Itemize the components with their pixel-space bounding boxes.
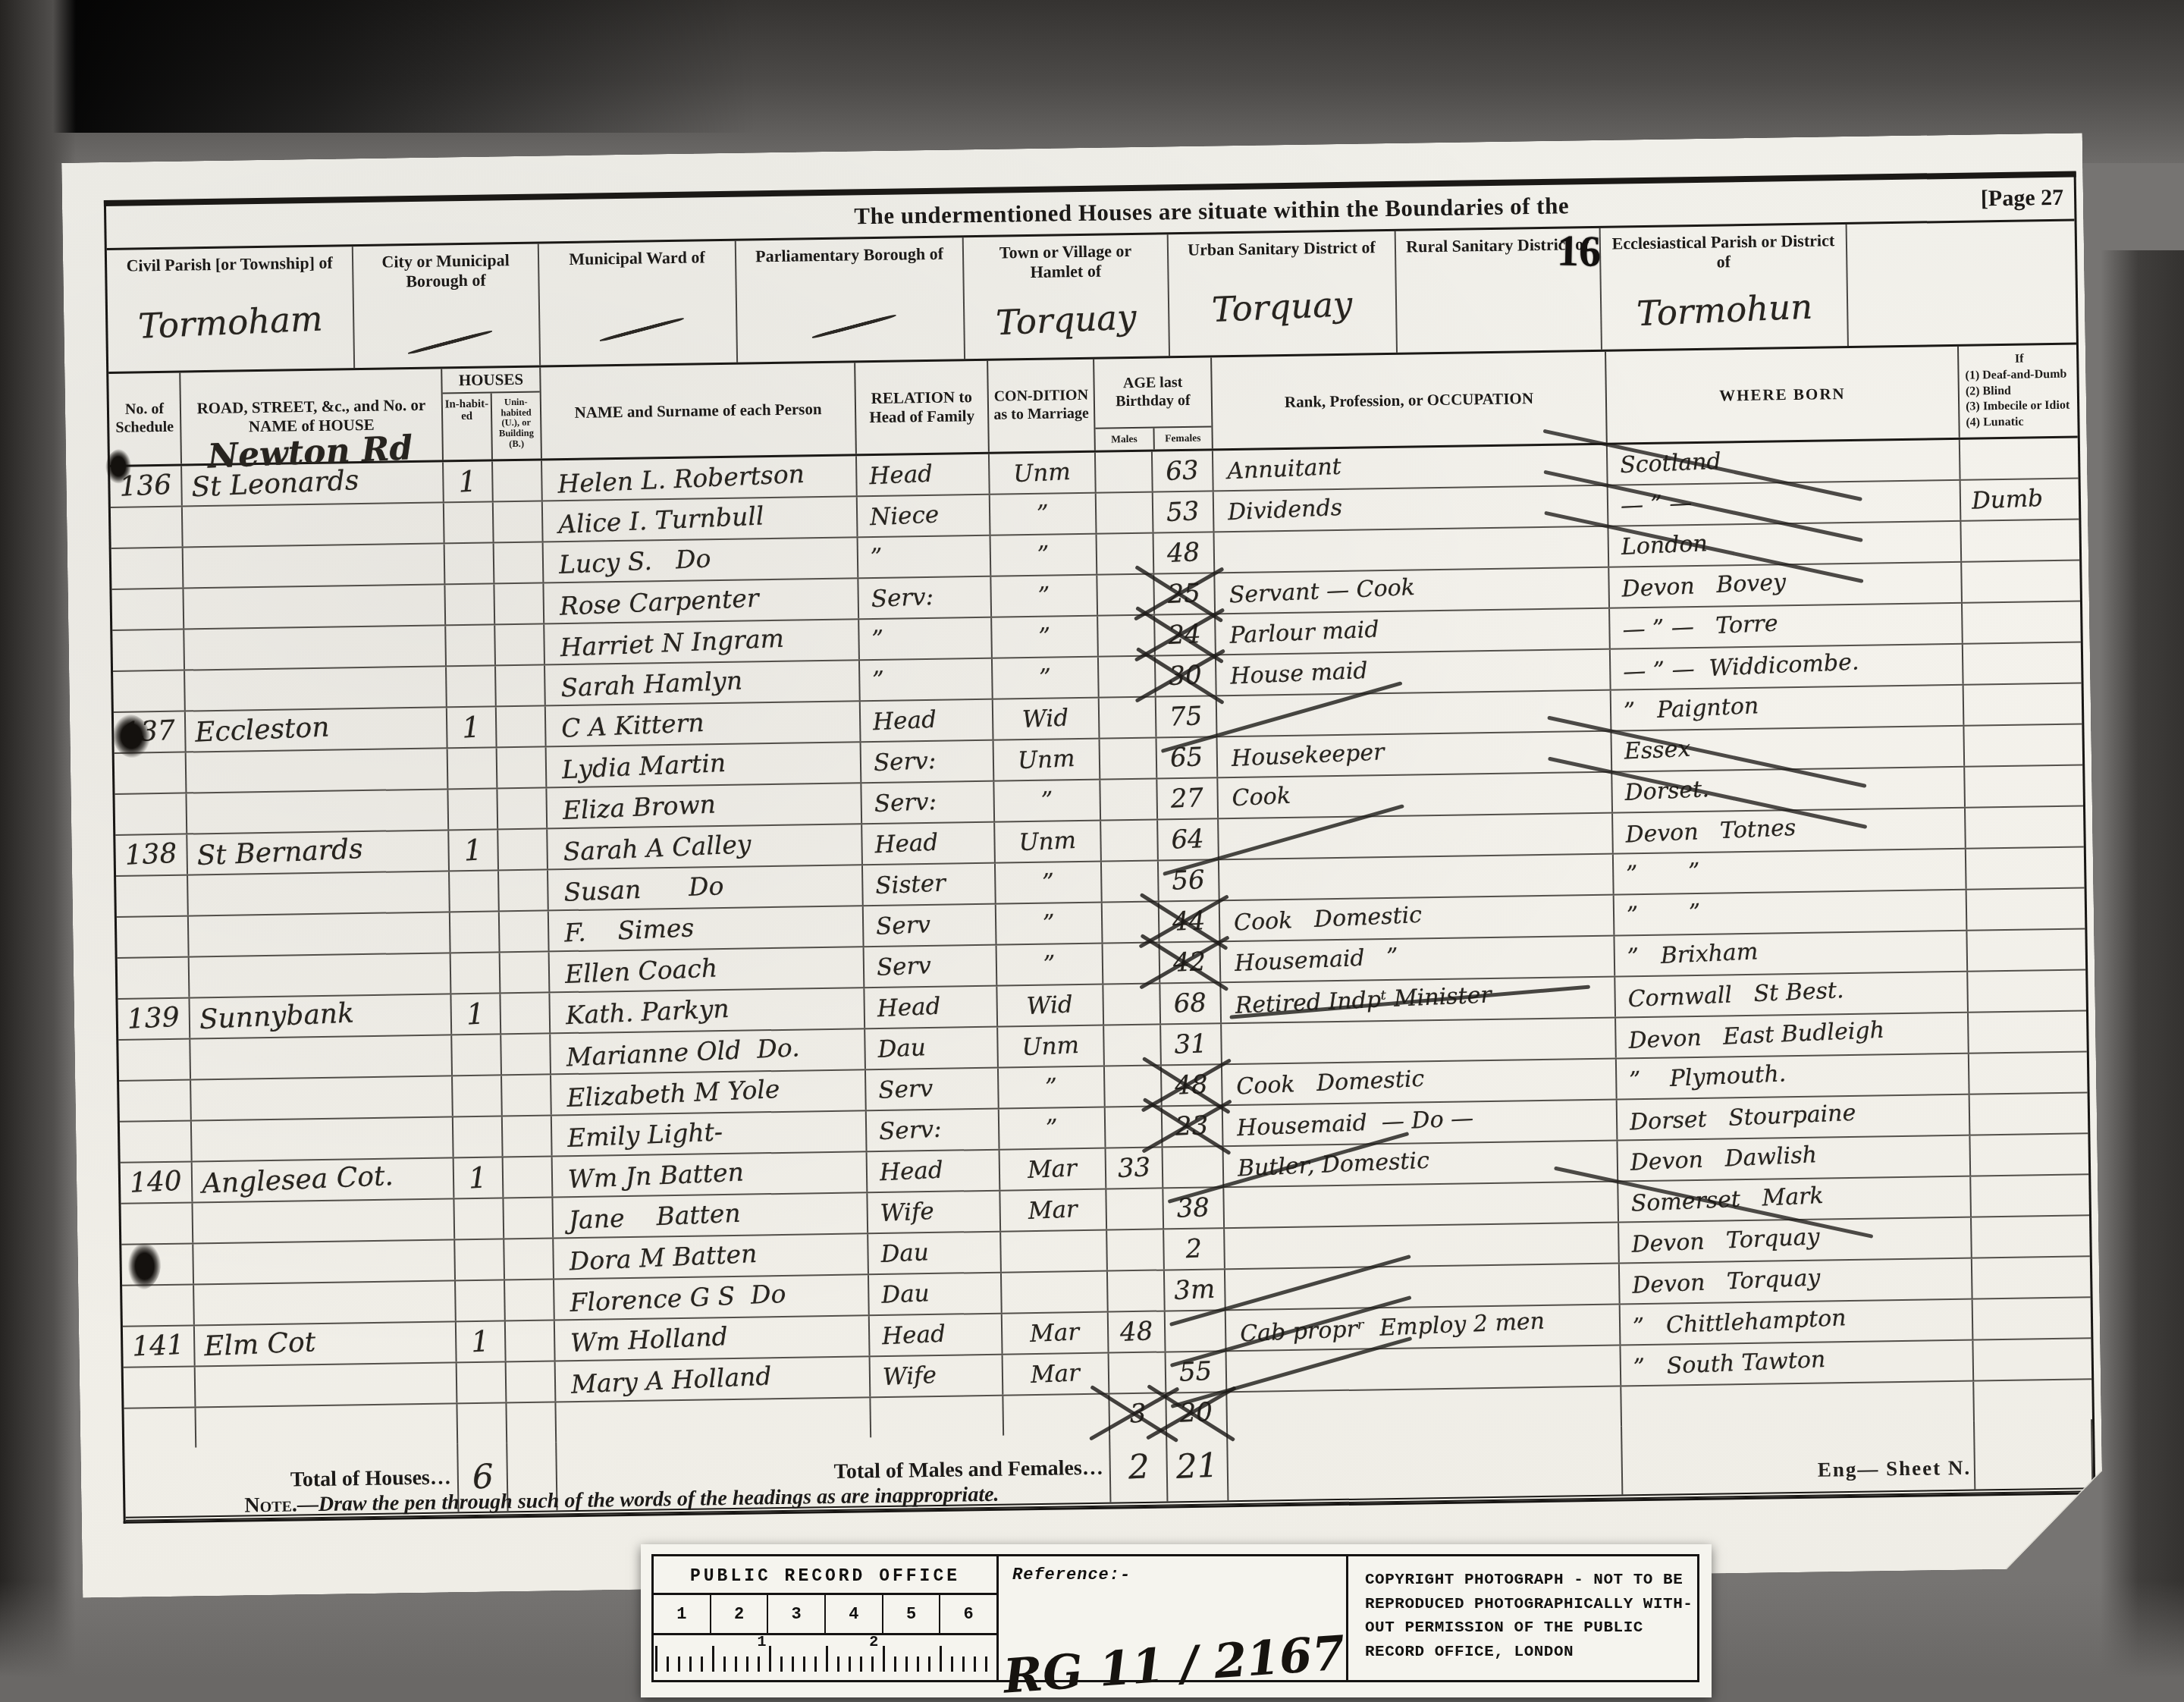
- cell-house: Eccleston: [186, 708, 448, 751]
- cell-inh: [454, 1198, 504, 1239]
- geo-column-8: [1847, 221, 2076, 346]
- cell-uninh: [507, 1361, 557, 1402]
- geo-handwriting: Torquay: [1212, 287, 1354, 327]
- handwriting-born: Scotland: [1620, 451, 1722, 478]
- handwriting-age_f: 64: [1171, 826, 1205, 853]
- cell-condition: ”: [999, 1108, 1106, 1149]
- handwriting-relation: Dau: [877, 1036, 927, 1062]
- handwriting-born: Cornwall St Best.: [1627, 979, 1844, 1011]
- header-houses-caption: HOUSES: [442, 368, 539, 394]
- cell-condition: Mar: [1000, 1149, 1107, 1190]
- cell-born: [1621, 1382, 1975, 1427]
- handwriting-born: ” ”: [1626, 902, 1701, 928]
- cell-name: Wm Holland: [555, 1316, 871, 1360]
- cell-born: ” South Tawton: [1621, 1341, 1974, 1386]
- handwriting-age_f: 31: [1174, 1031, 1208, 1058]
- cell-relation: Dau: [869, 1273, 1003, 1315]
- geo-value: Tormoham: [107, 273, 353, 372]
- handwriting-name: Sarah A Calley: [563, 831, 752, 865]
- handwriting-age_f: 20: [1179, 1399, 1213, 1427]
- geo-column-2: Municipal Ward of: [539, 241, 738, 366]
- handwriting-born: ” Chittlehampton: [1633, 1307, 1847, 1339]
- cell-born: — ” —: [1608, 481, 1962, 526]
- handwriting-name: Wm Holland: [570, 1324, 729, 1355]
- cell-occupation: [1225, 1264, 1621, 1310]
- handwriting-age_f: 48: [1175, 1072, 1209, 1099]
- cell-house: [192, 1117, 454, 1160]
- cell-infirm: [1969, 1052, 2088, 1093]
- cell-condition: ”: [996, 903, 1103, 944]
- cell-occupation: Housekeeper: [1218, 732, 1613, 777]
- handwriting-schedule: 139: [127, 1004, 180, 1034]
- pen-dash-mark: [407, 329, 492, 355]
- cell-condition: Wid: [993, 699, 1100, 740]
- cell-age_f: 38: [1163, 1188, 1225, 1228]
- cell-house: [187, 790, 449, 833]
- cell-born: Devon Torquay: [1620, 1259, 1973, 1304]
- handwriting-name: Alice I. Turnbull: [558, 503, 764, 537]
- stamp-cm-cell: 3: [768, 1595, 826, 1633]
- cell-name: Helen L. Robertson: [542, 456, 858, 500]
- handwriting-born: ” Brixham: [1627, 940, 1759, 969]
- cell-occupation: Cook: [1218, 773, 1613, 818]
- handwriting-name: C A Kittern: [561, 709, 705, 740]
- cell-condition: ”: [990, 494, 1097, 535]
- cell-age_f: 42: [1160, 942, 1222, 982]
- total-males-value: 2: [1110, 1433, 1168, 1502]
- cell-name: Harriet N Ingram: [544, 620, 860, 664]
- handwriting-age_m: 33: [1117, 1154, 1151, 1182]
- handwriting-age_f: 75: [1169, 703, 1203, 730]
- cell-infirm: [1967, 929, 2085, 970]
- handwriting-born: Devon Torquay: [1632, 1267, 1821, 1298]
- cell-infirm: [1965, 765, 2083, 806]
- stamp-cm-cell: 5: [883, 1595, 941, 1633]
- cell-born: ” Chittlehampton: [1621, 1300, 1974, 1345]
- cell-occupation: Annuitant: [1213, 445, 1608, 491]
- cell-age_m: [1098, 616, 1156, 656]
- cell-age_f: 68: [1160, 983, 1222, 1023]
- header-infirmity-line: (2) Blind: [1966, 383, 2011, 400]
- geo-column-4: Town or Village or Hamlet ofTorquay: [964, 234, 1170, 359]
- cell-condition: Mar: [1003, 1313, 1109, 1354]
- handwriting-condition: Wid: [1027, 993, 1074, 1019]
- handwriting-name: Susan Do: [563, 873, 724, 905]
- cell-infirm: [1970, 1134, 2088, 1175]
- cell-relation: Serv: [864, 905, 997, 947]
- geo-column-7: Ecclesiastical Parish or District ofTorm…: [1601, 225, 1849, 350]
- cell-occupation: Cab proprʳ Employ 2 men: [1226, 1305, 1621, 1351]
- handwriting-born: Devon Torquay: [1631, 1226, 1820, 1257]
- cell-age_m: [1100, 698, 1157, 738]
- stamp-inch-ruler: 1 2: [655, 1635, 995, 1672]
- handwriting-relation: Dau: [880, 1241, 930, 1267]
- handwriting-condition: Unm: [1018, 829, 1077, 855]
- cell-uninh: [500, 911, 550, 951]
- cell-uninh: [494, 583, 544, 623]
- cell-uninh: [504, 1157, 554, 1197]
- cell-uninh: [502, 1075, 552, 1115]
- handwriting-name: Emily Light-: [567, 1119, 723, 1151]
- handwriting-name: Marianne Old Do.: [566, 1035, 800, 1069]
- cell-inh: [447, 666, 497, 706]
- handwriting-age_f: 25: [1167, 580, 1201, 608]
- handwriting-condition: ”: [1037, 502, 1050, 526]
- cell-relation: Wife: [868, 1192, 1001, 1233]
- cell-occupation: [1225, 1223, 1620, 1269]
- stamp-cm-cell: 4: [826, 1595, 883, 1633]
- copyright-line: RECORD OFFICE, LONDON: [1365, 1641, 1697, 1665]
- stamp-cm-cell: 6: [940, 1595, 996, 1633]
- handwriting-age_f: 68: [1173, 990, 1207, 1017]
- totals-spacer-4: [1975, 1419, 2093, 1489]
- handwriting-occupation: Cook: [1232, 785, 1291, 810]
- cell-condition: Unm: [998, 1026, 1105, 1067]
- reference-handwriting: RG 11 / 2167: [1002, 1625, 1347, 1702]
- header-infirmity-line: (4) Lunatic: [1966, 415, 2023, 432]
- geo-column-5: Urban Sanitary District ofTorquay: [1169, 231, 1398, 356]
- handwriting-name: Ellen Coach: [564, 955, 717, 987]
- cell-relation: Wife: [871, 1355, 1004, 1397]
- cell-occupation: [1222, 1019, 1617, 1064]
- handwriting-occupation: Servant — Cook: [1228, 576, 1415, 607]
- handwriting-relation: Head: [877, 994, 941, 1021]
- handwriting-relation: Serv: [876, 912, 931, 938]
- sheet-label: Eng— Sheet N.: [1818, 1456, 1972, 1482]
- geo-label: Urban Sanitary District of: [1180, 231, 1383, 260]
- handwriting-house: St Bernards: [196, 836, 363, 870]
- stamp-reference-section: Reference:- RG 11 / 2167: [999, 1556, 1348, 1680]
- header-relation: RELATION to Head of Family: [855, 361, 990, 454]
- handwriting-inh: 1: [462, 712, 482, 742]
- cell-schedule: [118, 957, 190, 997]
- geo-value: [1847, 228, 2076, 346]
- cell-schedule: [113, 671, 186, 711]
- handwriting-house: Eccleston: [195, 714, 331, 747]
- cell-name: Kath. Parkyn: [550, 988, 865, 1032]
- handwriting-occupation: Cook Domestic: [1236, 1068, 1425, 1099]
- cell-infirm: [1964, 683, 2082, 724]
- cell-house: St Bernards: [187, 831, 450, 874]
- handwriting-inh: 1: [469, 1163, 488, 1192]
- cell-house: [189, 912, 451, 956]
- cell-name: Ellen Coach: [550, 947, 865, 991]
- handwriting-name: F. Simes: [564, 915, 695, 945]
- cell-occupation: Parlour maid: [1216, 609, 1611, 655]
- cell-infirm: [1972, 1257, 2091, 1298]
- handwriting-age_f: 55: [1179, 1358, 1213, 1386]
- handwriting-age_f: 27: [1170, 785, 1204, 812]
- handwriting-house: Anglesea Cot.: [201, 1163, 394, 1198]
- cell-age_f: 75: [1156, 696, 1218, 736]
- handwriting-born: Devon Dawlish: [1630, 1144, 1817, 1175]
- header-uninhabited: Unin-habited (U.), or Building (B.): [491, 392, 541, 459]
- header-age: AGE last Birthday of Males Females: [1094, 357, 1213, 450]
- copyright-line: COPYRIGHT PHOTOGRAPH - NOT TO BE: [1365, 1569, 1697, 1593]
- handwriting-born: London: [1621, 532, 1708, 559]
- header-occupation: Rank, Profession, or OCCUPATION: [1212, 352, 1608, 449]
- handwriting-occupation: Housekeeper: [1231, 741, 1385, 771]
- handwriting-born: ” ”: [1626, 861, 1701, 887]
- handwriting-occupation: Dividends: [1228, 497, 1343, 524]
- cell-name: Eliza Brown: [547, 783, 862, 827]
- handwriting-relation: Serv: [876, 953, 931, 979]
- handwriting-age_f: 56: [1172, 867, 1206, 894]
- cell-condition: ”: [991, 576, 1098, 617]
- cell-name: Sarah Hamlyn: [545, 661, 861, 705]
- cell-schedule: [118, 1039, 191, 1079]
- cell-relation: Serv:: [861, 741, 995, 783]
- cell-name: Mary A Holland: [556, 1357, 871, 1401]
- geo-value: [354, 290, 539, 368]
- cell-relation: Head: [864, 987, 998, 1028]
- cell-occupation: Servant — Cook: [1215, 568, 1610, 614]
- cell-age_m: [1104, 1025, 1162, 1065]
- cell-age_m: [1100, 739, 1158, 779]
- handwriting-age_f: 65: [1170, 744, 1204, 771]
- handwriting-born: — ” — Widdicombe.: [1623, 651, 1859, 683]
- handwriting-schedule: 140: [129, 1168, 182, 1198]
- handwriting-condition: Unm: [1013, 460, 1072, 486]
- cell-condition: Wid: [997, 985, 1104, 1026]
- header-age-caption: AGE last Birthday of: [1094, 357, 1211, 427]
- cell-occupation: House maid: [1216, 650, 1611, 696]
- handwriting-relation: Serv:: [879, 1117, 943, 1143]
- cell-age_m: [1097, 493, 1154, 533]
- cell-condition: ”: [999, 1067, 1106, 1108]
- cell-age_m: [1103, 984, 1161, 1024]
- cell-occupation: [1215, 527, 1610, 573]
- cell-inh: 1: [451, 994, 501, 1034]
- cell-inh: 1: [444, 461, 494, 501]
- handwriting-born: Devon East Budleigh: [1628, 1019, 1885, 1053]
- cell-schedule: [119, 1080, 192, 1120]
- handwriting-occupation: House maid: [1230, 660, 1368, 689]
- cell-born: Dorset.: [1612, 768, 1966, 812]
- handwriting-occupation: Housemaid ”: [1234, 946, 1398, 975]
- cell-house: Sunnybank: [190, 994, 452, 1038]
- cell-inh: [445, 543, 495, 583]
- cell-age_m: [1106, 1107, 1163, 1147]
- handwriting-relation: Head: [882, 1322, 946, 1349]
- handwriting-born: ” Plymouth.: [1629, 1063, 1787, 1092]
- reference-label: Reference:-: [1012, 1565, 1346, 1584]
- cell-uninh: [494, 542, 544, 583]
- geo-label: Civil Parish [or Township] of: [118, 247, 340, 276]
- handwriting-name: Florence G S Do: [570, 1280, 786, 1314]
- cell-born: Devon Bovey: [1609, 563, 1963, 608]
- cell-inh: [457, 1403, 507, 1443]
- cell-infirm: [1971, 1175, 2089, 1216]
- header-where-born: WHERE BORN: [1606, 347, 1960, 443]
- cell-inh: [446, 625, 496, 665]
- cell-inh: 1: [457, 1321, 507, 1361]
- cell-age_m: 3: [1109, 1393, 1167, 1434]
- handwriting-house: Sunnybank: [199, 1000, 354, 1034]
- cell-age_m: [1097, 575, 1155, 615]
- cell-condition: Unm: [990, 453, 1097, 494]
- cell-house: [190, 953, 452, 997]
- cell-born: Dorset Stourpaine: [1618, 1095, 1971, 1140]
- cell-relation: Sister: [863, 864, 996, 906]
- cell-uninh: [493, 461, 543, 501]
- cell-age_f: 30: [1156, 655, 1217, 696]
- cell-inh: [455, 1239, 505, 1280]
- cell-born: ” Brixham: [1614, 931, 1968, 976]
- page-number: [Page 27: [1981, 185, 2064, 212]
- cell-relation: Niece: [858, 495, 991, 537]
- handwriting-age_f: 53: [1166, 498, 1200, 526]
- handwriting-relation: Serv: [878, 1076, 934, 1102]
- geo-column-0: Civil Parish [or Township] ofTormoham: [107, 247, 355, 372]
- cell-relation: ”: [860, 659, 993, 701]
- cell-occupation: Cook Domestic: [1220, 896, 1615, 941]
- geo-label: Parliamentary Borough of: [748, 237, 951, 266]
- handwriting-born: — ” — Torre: [1622, 613, 1778, 642]
- cell-schedule: [111, 589, 184, 630]
- cell-born: Somerset Mark: [1618, 1177, 1972, 1222]
- cell-uninh: [497, 706, 547, 746]
- cell-condition: ”: [996, 862, 1103, 903]
- handwriting-age_m: 3: [1129, 1401, 1147, 1427]
- cell-inh: [453, 1116, 504, 1157]
- header-infirmity-line: If: [2015, 352, 2024, 368]
- handwriting-condition: ”: [1037, 543, 1050, 567]
- cell-born: Cornwall St Best.: [1615, 972, 1969, 1017]
- handwriting-occupation: Housemaid — Do —: [1237, 1107, 1474, 1140]
- handwriting-born: ” Paignton: [1623, 695, 1759, 724]
- cell-occupation: [1219, 855, 1614, 900]
- cell-occupation: Cook Domestic: [1222, 1060, 1618, 1105]
- geo-handwriting: Tormoham: [137, 301, 323, 343]
- handwriting-born: Essex: [1624, 738, 1691, 764]
- handwriting-name: Jane Batten: [568, 1200, 741, 1233]
- geo-column-1: City or Municipal Borough of: [353, 244, 541, 369]
- cell-house: [187, 749, 449, 792]
- cell-infirm: [1973, 1339, 2091, 1380]
- cell-name: Wm Jn Batten: [553, 1152, 868, 1196]
- cell-house: [185, 667, 447, 710]
- handwriting-relation: Wife: [880, 1199, 934, 1225]
- cell-born: — ” — Torre: [1610, 604, 1963, 648]
- handwriting-inh: 1: [463, 835, 483, 865]
- cell-age_m: [1107, 1229, 1165, 1270]
- handwriting-name: Sarah Hamlyn: [560, 667, 743, 700]
- cell-condition: Mar: [1000, 1190, 1107, 1231]
- cell-infirm: [1972, 1216, 2090, 1257]
- road-name-handwriting: Newton Rd: [207, 432, 413, 474]
- cell-age_f: 25: [1154, 573, 1216, 614]
- cell-infirm: [1973, 1298, 2091, 1339]
- geo-column-3: Parliamentary Borough of: [736, 237, 965, 362]
- header-age-females: Females: [1153, 427, 1212, 449]
- cell-uninh: [497, 747, 548, 787]
- cell-infirm: [1961, 520, 2079, 561]
- handwriting-condition: ”: [1043, 953, 1056, 977]
- cell-infirm: [1969, 1011, 2087, 1052]
- cell-born: Scotland: [1608, 440, 1961, 485]
- handwriting-name: Rose Carpenter: [559, 585, 759, 618]
- handwriting-age_f: 42: [1173, 949, 1207, 976]
- cell-inh: [445, 584, 495, 624]
- cell-infirm: [1960, 438, 2079, 479]
- handwriting-age_m: 48: [1119, 1318, 1153, 1346]
- cell-house: Anglesea Cot.: [193, 1158, 455, 1201]
- cell-age_m: [1108, 1270, 1166, 1311]
- cell-schedule: [115, 794, 187, 834]
- handwriting-occupation: Cab proprʳ Employ 2 men: [1240, 1310, 1545, 1346]
- handwriting-schedule: 138: [124, 840, 177, 870]
- handwriting-age_f: 2: [1185, 1236, 1203, 1262]
- cell-occupation: [1217, 691, 1612, 736]
- handwriting-condition: ”: [1037, 584, 1050, 608]
- cell-condition: [1002, 1272, 1109, 1313]
- cell-uninh: [500, 993, 551, 1033]
- cell-relation: [871, 1396, 1004, 1438]
- header-age-males: Males: [1095, 429, 1153, 451]
- cell-uninh: [496, 665, 546, 705]
- cell-uninh: [507, 1402, 557, 1443]
- cell-inh: [450, 912, 500, 952]
- handwriting-condition: ”: [1039, 666, 1052, 690]
- geo-value: [736, 264, 964, 363]
- handwriting-condition: Wid: [1022, 706, 1069, 732]
- cell-relation: Serv:: [861, 782, 995, 824]
- cell-age_f: 31: [1161, 1024, 1222, 1064]
- stamp-inch-label-2: 2: [869, 1634, 878, 1651]
- cell-age_f: 53: [1153, 491, 1215, 532]
- cell-schedule: [117, 916, 190, 956]
- cell-occupation: [1227, 1387, 1622, 1433]
- totals-spacer-2: [1228, 1427, 1623, 1501]
- handwriting-born: Devon Bovey: [1621, 571, 1787, 601]
- geo-label: Ecclesiastical Parish or District of: [1601, 225, 1847, 275]
- cell-age_f: 44: [1159, 901, 1221, 941]
- cell-condition: ”: [994, 780, 1101, 821]
- cell-condition: ”: [991, 535, 1098, 576]
- census-page: The undermentioned Houses are situate wi…: [61, 133, 2104, 1597]
- handwriting-relation: Niece: [870, 503, 940, 529]
- handwriting-infirm: Dumb: [1971, 486, 2043, 513]
- cell-born: Devon Torquay: [1619, 1218, 1972, 1263]
- handwriting-name: Lydia Martin: [561, 749, 726, 781]
- handwriting-condition: Mar: [1028, 1198, 1078, 1223]
- census-form: The undermentioned Houses are situate wi…: [104, 171, 2096, 1523]
- handwriting-age_f: 48: [1167, 539, 1201, 567]
- cell-house: [194, 1281, 457, 1324]
- cell-relation: ”: [858, 536, 992, 578]
- cell-house: [193, 1199, 455, 1242]
- cell-name: Susan Do: [548, 865, 864, 909]
- cell-inh: 1: [449, 830, 499, 870]
- cell-name: [556, 1398, 871, 1442]
- handwriting-name: Eliza Brown: [562, 791, 716, 823]
- cell-schedule: 139: [118, 998, 190, 1038]
- handwriting-condition: Unm: [1021, 1034, 1080, 1060]
- cell-age_m: [1106, 1189, 1164, 1229]
- handwriting-relation: ”: [871, 627, 884, 652]
- cell-name: F. Simes: [549, 906, 864, 950]
- cell-age_f: 55: [1166, 1352, 1228, 1392]
- handwriting-inh: 1: [471, 1327, 491, 1356]
- header-infirmity-line: (3) Imbecile or Idiot: [1966, 398, 2069, 416]
- cell-uninh: [497, 788, 548, 828]
- cell-infirm: [1963, 642, 2082, 683]
- cell-relation: Dau: [865, 1028, 999, 1069]
- geo-handwriting: Tormohun: [1636, 289, 1813, 331]
- cell-age_f: 48: [1154, 532, 1216, 573]
- cell-age_f: 63: [1153, 451, 1214, 491]
